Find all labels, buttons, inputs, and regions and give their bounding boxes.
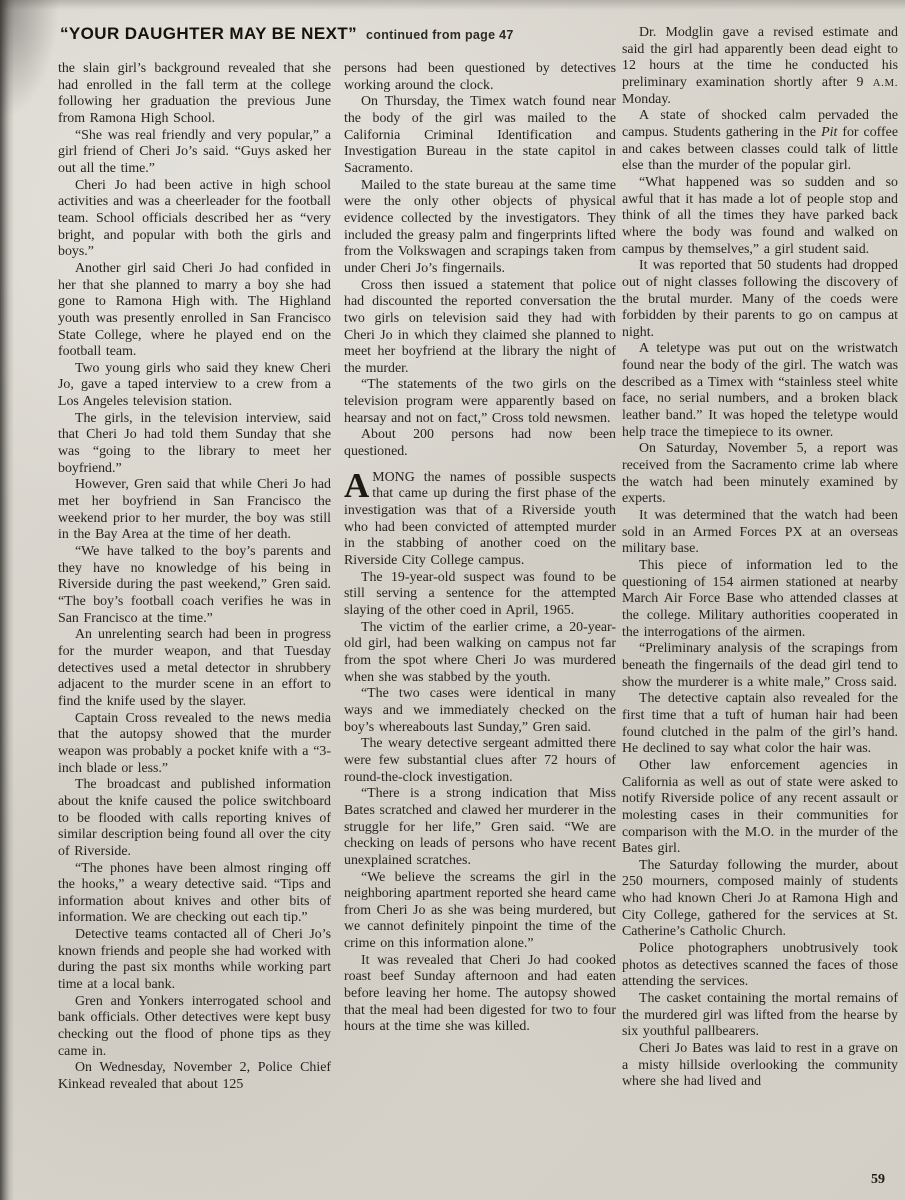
paragraph: the slain girl’s background revealed tha… (58, 61, 331, 128)
paragraph: “There is a strong indication that Miss … (344, 786, 616, 869)
text-column-2: persons had been questioned by detective… (344, 61, 616, 1036)
paragraph: It was determined that the watch had bee… (622, 508, 898, 558)
page-number: 59 (871, 1172, 885, 1188)
text-column-1: the slain girl’s background revealed tha… (58, 61, 331, 1094)
paragraph: On Wednesday, November 2, Police Chief K… (58, 1060, 331, 1093)
paragraph: Cheri Jo Bates was laid to rest in a gra… (622, 1041, 898, 1091)
paragraph: About 200 persons had now been questione… (344, 427, 616, 460)
paragraph: A teletype was put out on the wristwatch… (622, 341, 898, 441)
paragraph: The girls, in the television interview, … (58, 411, 331, 478)
paragraph: “The phones have been almost ringing off… (58, 861, 331, 928)
paragraph: Gren and Yonkers interrogated school and… (58, 994, 331, 1061)
paragraph: Other law enforcement agencies in Califo… (622, 758, 898, 858)
paragraph: It was reported that 50 students had dro… (622, 258, 898, 341)
paragraph: Another girl said Cheri Jo had confided … (58, 261, 331, 361)
paragraph: The weary detective sergeant admitted th… (344, 736, 616, 786)
paragraph: persons had been questioned by detective… (344, 61, 616, 94)
article-header: “YOUR DAUGHTER MAY BE NEXT”continued fro… (60, 24, 620, 44)
paragraph: An unrelenting search had been in progre… (58, 627, 331, 710)
paragraph: Dr. Modglin gave a revised estimate and … (622, 25, 898, 108)
paragraph: “The two cases were identical in many wa… (344, 686, 616, 736)
paragraph: However, Gren said that while Cheri Jo h… (58, 477, 331, 544)
scan-corner-shadow (0, 0, 60, 120)
paragraph: Two young girls who said they knew Cheri… (58, 361, 331, 411)
paragraph: It was revealed that Cheri Jo had cooked… (344, 953, 616, 1036)
drop-cap: A (344, 470, 372, 499)
paragraph: Captain Cross revealed to the news media… (58, 711, 331, 778)
paragraph: AMONG the names of possible suspects tha… (344, 470, 616, 570)
scan-edge-shadow-top (0, 0, 905, 10)
paragraph: A state of shocked calm pervaded the cam… (622, 108, 898, 175)
paragraph: “The statements of the two girls on the … (344, 377, 616, 427)
article-title: “YOUR DAUGHTER MAY BE NEXT” (60, 24, 357, 43)
paragraph: The casket containing the mortal remains… (622, 991, 898, 1041)
paragraph: “She was real friendly and very popular,… (58, 128, 331, 178)
text-column-3: Dr. Modglin gave a revised estimate and … (622, 25, 898, 1091)
paragraph: Mailed to the state bureau at the same t… (344, 178, 616, 278)
continued-from-label: continued from page 47 (366, 28, 514, 42)
paragraph: This piece of information led to the que… (622, 558, 898, 641)
paragraph: “We have talked to the boy’s parents and… (58, 544, 331, 627)
paragraph: “What happened was so sudden and so awfu… (622, 175, 898, 258)
magazine-page: “YOUR DAUGHTER MAY BE NEXT”continued fro… (0, 0, 905, 1200)
paragraph: Cheri Jo had been active in high school … (58, 178, 331, 261)
paragraph: Detective teams contacted all of Cheri J… (58, 927, 331, 994)
paragraph: “Preliminary analysis of the scrapings f… (622, 641, 898, 691)
paragraph: On Thursday, the Timex watch found near … (344, 94, 616, 177)
paragraph: On Saturday, November 5, a report was re… (622, 441, 898, 508)
paragraph: Cross then issued a statement that polic… (344, 278, 616, 378)
paragraph: The detective captain also revealed for … (622, 691, 898, 758)
paragraph: The Saturday following the murder, about… (622, 858, 898, 941)
paragraph: The 19-year-old suspect was found to be … (344, 570, 616, 620)
paragraph: The broadcast and published information … (58, 777, 331, 860)
paragraph: “We believe the screams the girl in the … (344, 870, 616, 953)
scan-edge-shadow (0, 0, 14, 1200)
paragraph: Police photographers unobtrusively took … (622, 941, 898, 991)
paragraph: The victim of the earlier crime, a 20-ye… (344, 620, 616, 687)
